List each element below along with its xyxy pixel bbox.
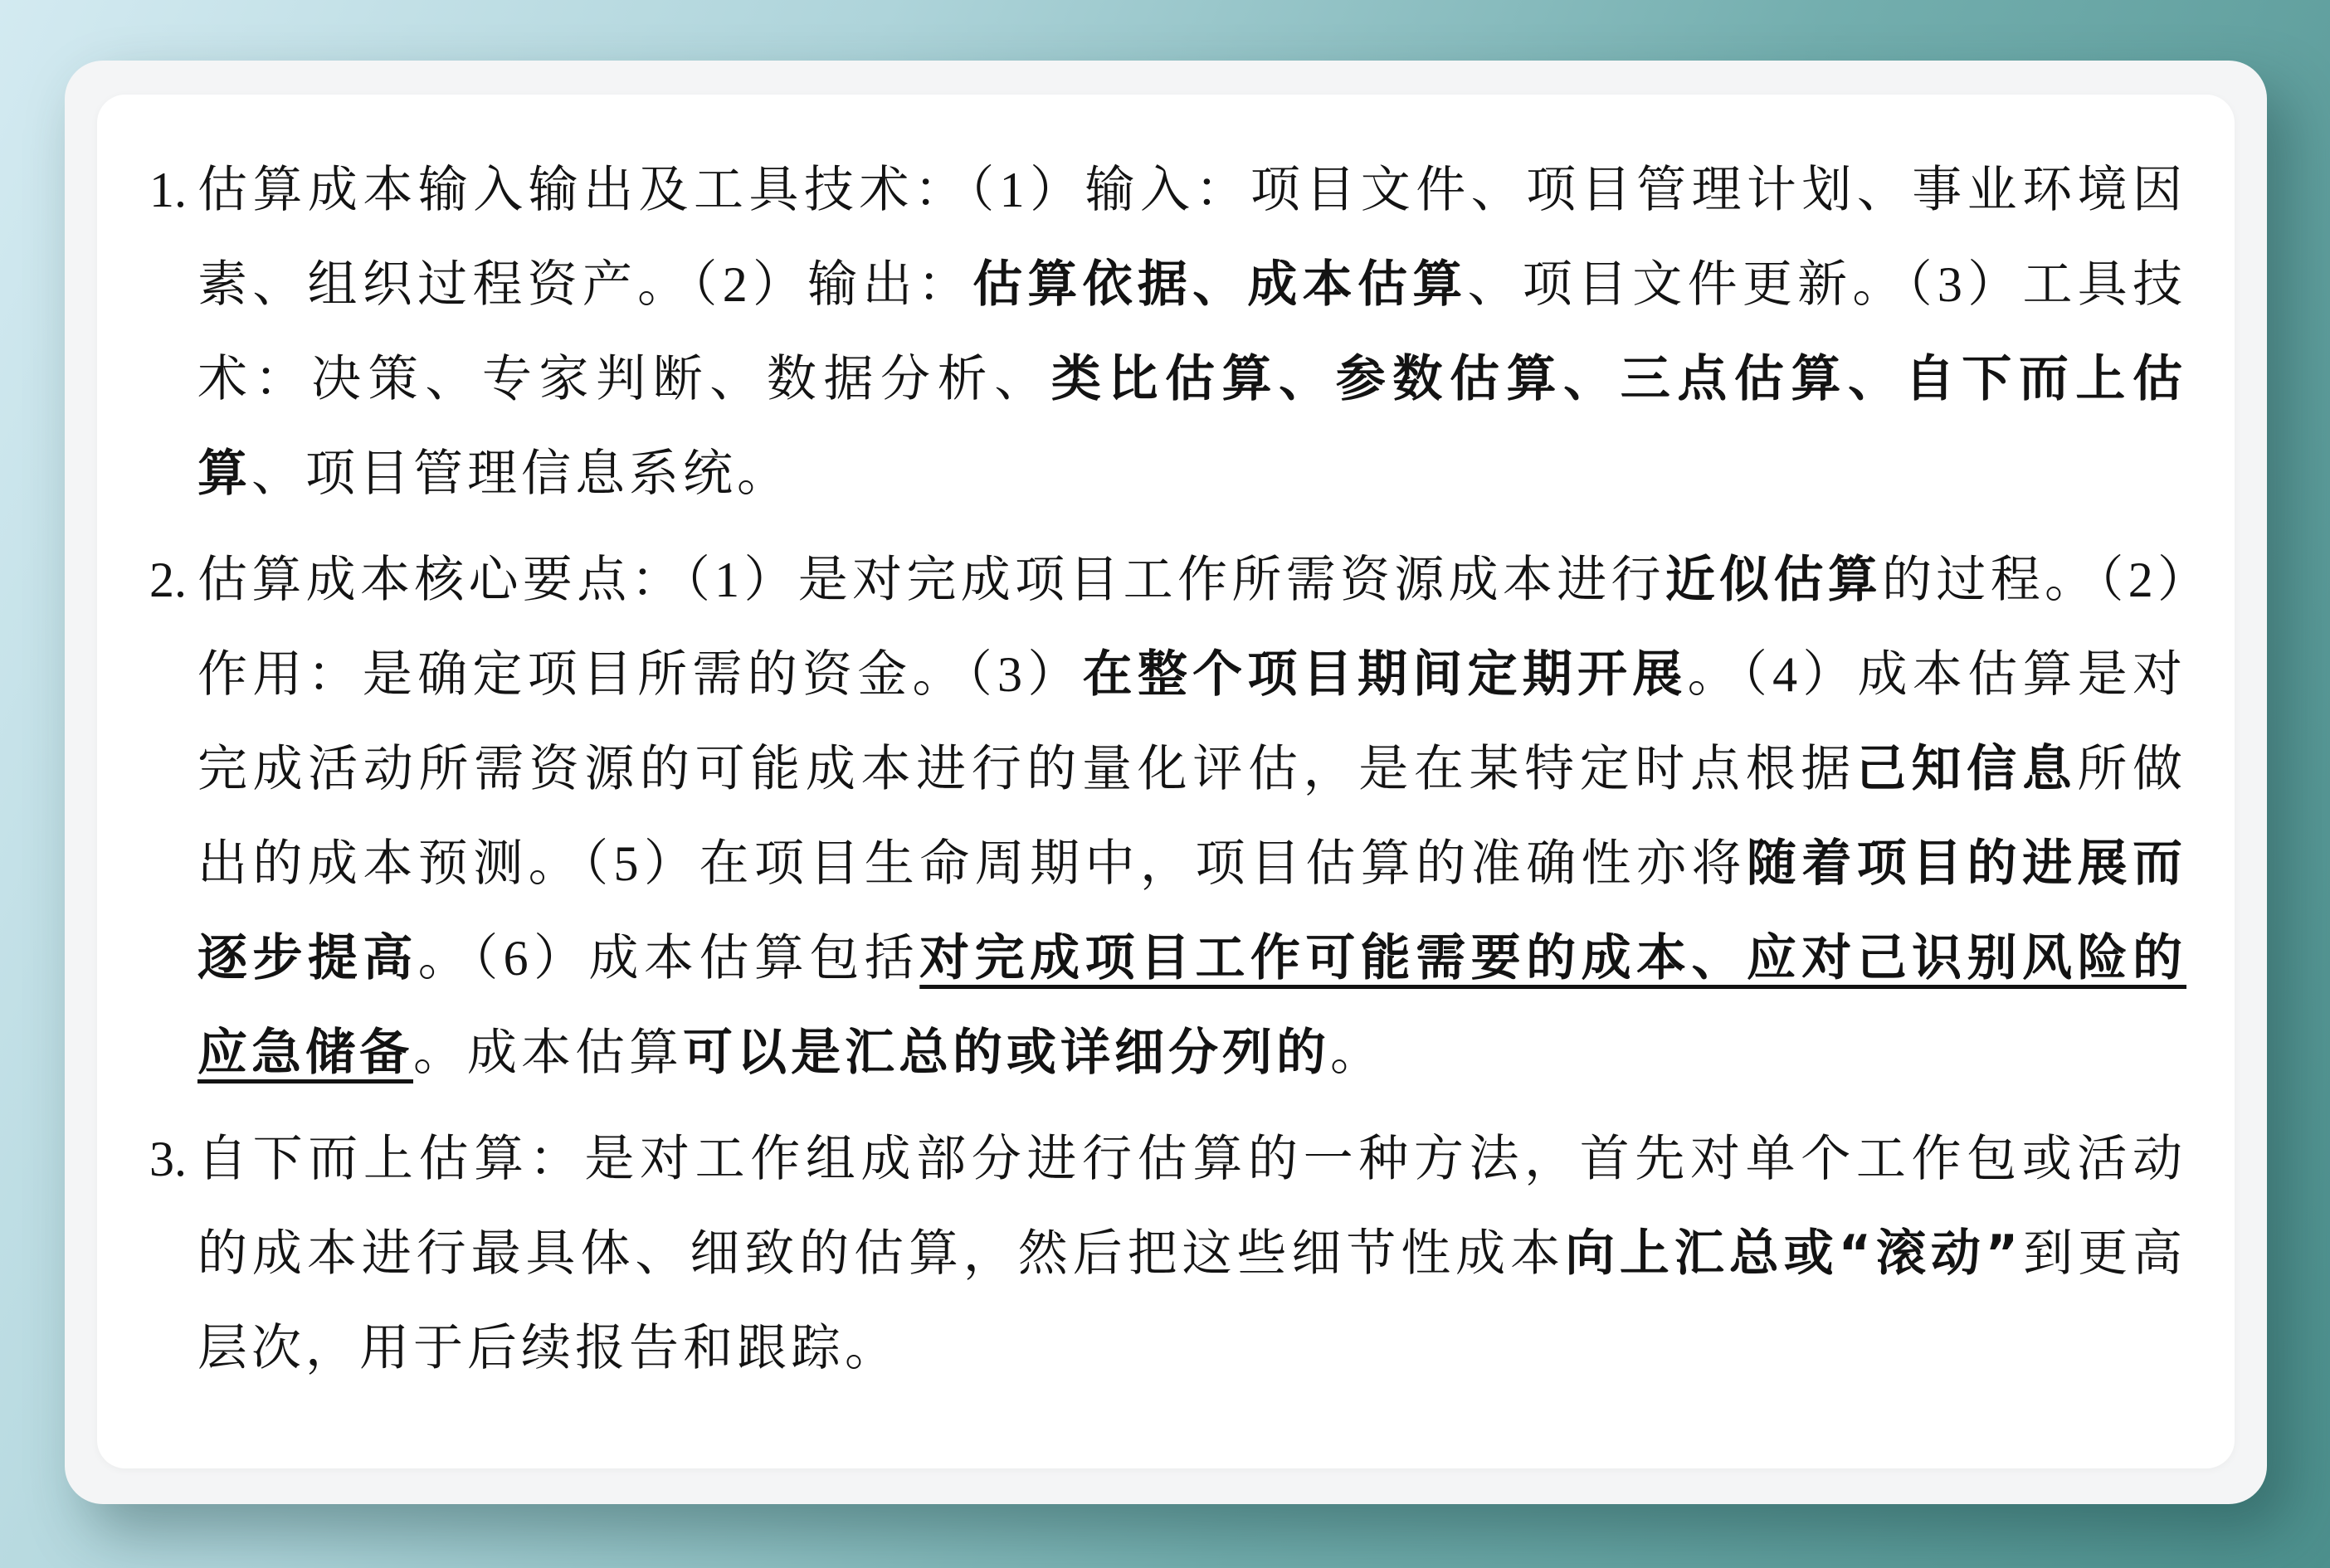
text-run: 。成本估算 (413, 1025, 683, 1080)
paragraph-text: 估算成本输入输出及工具技术：（1）输入：项目文件、项目管理计划、事业环境因素、组… (197, 163, 2186, 501)
emphasis-run: 己知信息 (1856, 740, 2078, 798)
list-item: 3.自下而上估算：是对工作组成部分进行估算的一种方法，首先对单个工作包或活动的成… (149, 1112, 2186, 1395)
emphasis-run: 估算依据、成本估算 (972, 256, 1467, 314)
page-background: { "page": { "background_gradient": ["#d3… (0, 0, 2330, 1568)
document-text: 1.估算成本输入输出及工具技术：（1）输入：项目文件、项目管理计划、事业环境因素… (149, 143, 2186, 1395)
list-number: 1. (149, 143, 187, 237)
emphasis-run: 可以是汇总的或详细分列的 (683, 1024, 1330, 1082)
note-card-inner: 1.估算成本输入输出及工具技术：（1）输入：项目文件、项目管理计划、事业环境因素… (97, 95, 2235, 1468)
list-number: 3. (149, 1112, 187, 1206)
text-run: 。 (1330, 1025, 1384, 1080)
list-item: 1.估算成本输入输出及工具技术：（1）输入：项目文件、项目管理计划、事业环境因素… (149, 143, 2186, 521)
emphasis-run: 在整个项目期间定期开展 (1083, 645, 1688, 704)
emphasis-run: 近似估算 (1665, 551, 1882, 609)
note-card: 1.估算成本输入输出及工具技术：（1）输入：项目文件、项目管理计划、事业环境因素… (65, 61, 2267, 1504)
emphasis-run: 向上汇总或“滚动” (1565, 1225, 2022, 1283)
text-run: 。（6）成本估算包括 (418, 931, 919, 986)
list-item: 2.估算成本核心要点：（1）是对完成项目工作所需资源成本进行近似估算的过程。（2… (149, 533, 2186, 1100)
text-run: 估算成本核心要点：（1）是对完成项目工作所需资源成本进行 (197, 553, 1665, 607)
paragraph-text: 估算成本核心要点：（1）是对完成项目工作所需资源成本进行近似估算的过程。（2）作… (197, 553, 2186, 1080)
paragraph-text: 自下而上估算：是对工作组成部分进行估算的一种方法，首先对单个工作包或活动的成本进… (197, 1132, 2186, 1376)
text-run: 、项目管理信息系统。 (251, 446, 791, 501)
list-number: 2. (149, 533, 187, 627)
